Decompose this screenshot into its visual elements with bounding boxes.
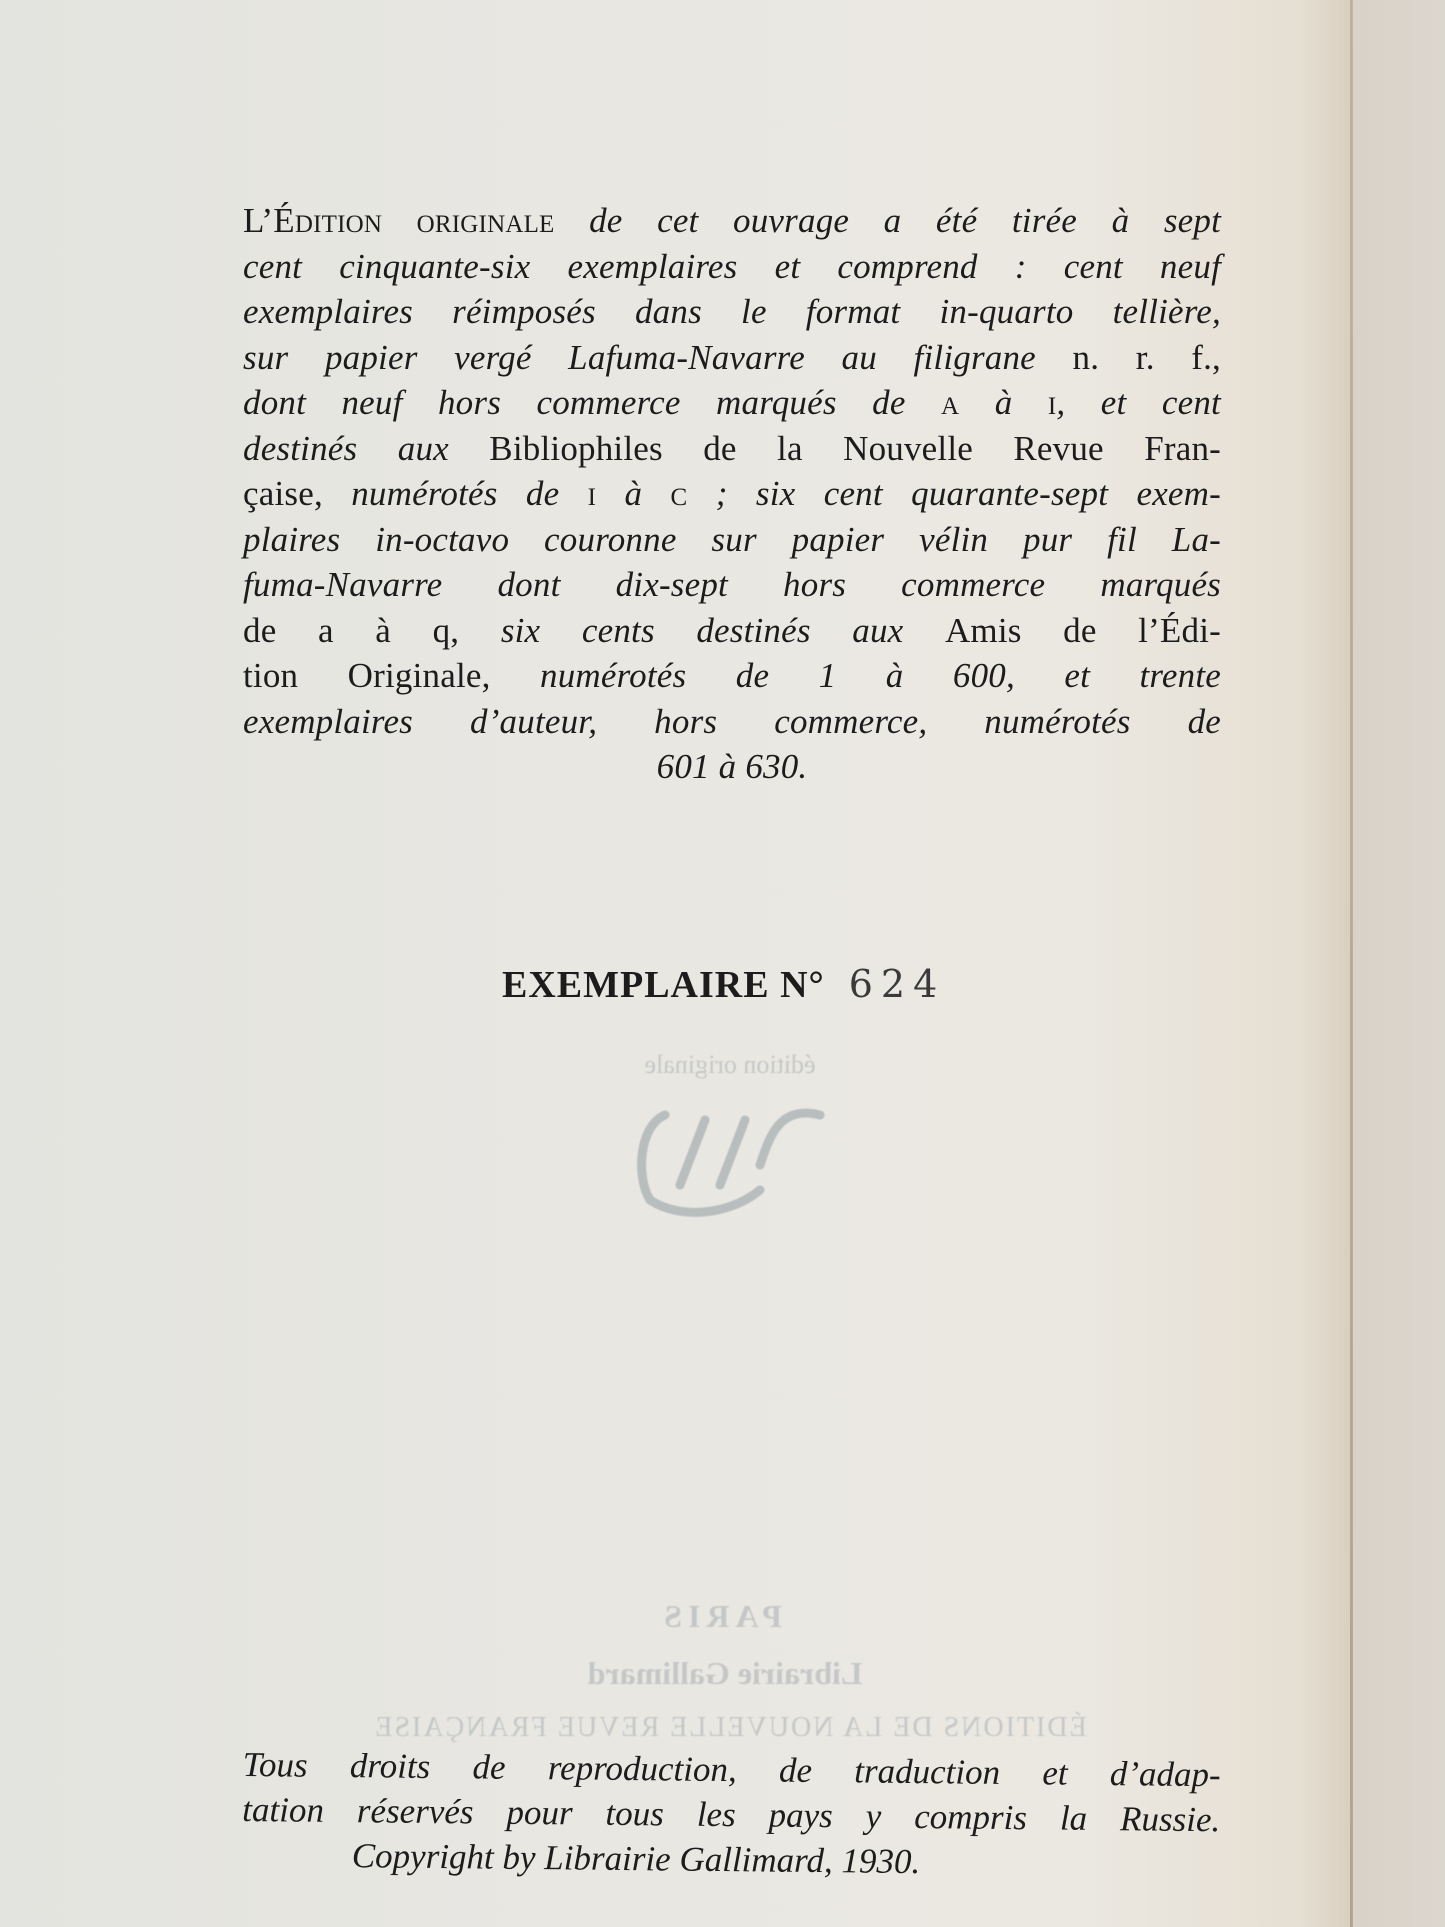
text-run: cent cinquante-six exemplaires et compre… <box>243 247 1221 286</box>
text-run: six cents destinés aux <box>501 611 945 650</box>
text-run: sur papier vergé Lafuma-Navarre au filig… <box>243 338 1073 377</box>
colophon-line: exemplaires d’auteur, hors commerce, num… <box>243 699 1221 745</box>
text-run: à <box>959 383 1048 422</box>
text-run: dont neuf hors commerce marqués de <box>243 383 941 422</box>
colophon-line: plaires in-octavo couronne sur papier vé… <box>243 517 1221 563</box>
text-run: , et cent <box>1056 383 1221 422</box>
text-run: numérotés de 1 à 600, et trente <box>540 656 1221 695</box>
text-run: de cet ouvrage a été tirée à sept <box>555 201 1221 240</box>
copy-number-line: EXEMPLAIRE N°624 <box>502 962 945 1007</box>
colophon-line: cent cinquante-six exemplaires et compre… <box>243 244 1221 290</box>
text-run: L’É <box>243 201 295 240</box>
text-run: de a à q, <box>243 611 501 650</box>
text-run: çaise, <box>243 474 351 513</box>
colophon-line: çaise, numérotés de i à c ; six cent qua… <box>243 471 1221 517</box>
bleed-publisher: Librairie Gallimard <box>530 1655 920 1692</box>
text-run: c <box>671 474 688 513</box>
text-run: destinés aux <box>243 429 489 468</box>
bleed-imprint: ÉDITIONS DE LA NOUVELLE REVUE FRANÇAISE <box>300 1712 1160 1744</box>
colophon-line: L’Édition originale de cet ouvrage a été… <box>243 198 1221 244</box>
text-run: i <box>588 474 597 513</box>
text-run: Bibliophiles de la Nouvelle Revue Fran- <box>489 429 1221 468</box>
text-run: ; six cent quarante-sept exem- <box>687 474 1221 513</box>
colophon-line: destinés aux Bibliophiles de la Nouvelle… <box>243 426 1221 472</box>
text-run: 601 à 630. <box>657 747 808 786</box>
adjacent-page <box>1353 0 1445 1927</box>
bleed-city: PARIS <box>600 1598 840 1635</box>
colophon-line: exemplaires réimposés dans le format in-… <box>243 289 1221 335</box>
colophon-line: 601 à 630. <box>243 744 1221 790</box>
text-run: exemplaires d’auteur, hors commerce, num… <box>243 702 1221 741</box>
text-run: fuma-Navarre dont dix-sept hors commerce… <box>243 565 1221 604</box>
text-run: n. r. f., <box>1073 338 1222 377</box>
text-run: Amis de l’Édi- <box>945 611 1221 650</box>
copyright-notice: Tous droits de reproduction, de traducti… <box>242 1742 1221 1887</box>
text-run: tion Originale, <box>243 656 540 695</box>
copy-number-value: 624 <box>849 962 946 1006</box>
colophon-line: tion Originale, numérotés de 1 à 600, et… <box>243 653 1221 699</box>
text-run: exemplaires réimposés dans le format in-… <box>243 292 1221 331</box>
bleed-edition-label: édition originale <box>560 1050 900 1080</box>
nrf-logo-icon <box>600 1095 840 1220</box>
text-run: plaires in-octavo couronne sur papier vé… <box>243 520 1221 559</box>
copy-number-label: EXEMPLAIRE N° <box>502 964 825 1006</box>
colophon-line: dont neuf hors commerce marqués de a à i… <box>243 380 1221 426</box>
text-run: numérotés de <box>351 474 587 513</box>
colophon-line: sur papier vergé Lafuma-Navarre au filig… <box>243 335 1221 381</box>
colophon-line: fuma-Navarre dont dix-sept hors commerce… <box>243 562 1221 608</box>
text-run: a <box>941 383 959 422</box>
colophon-line: de a à q, six cents destinés aux Amis de… <box>243 608 1221 654</box>
limitation-statement: L’Édition originale de cet ouvrage a été… <box>243 198 1221 790</box>
text-run: à <box>596 474 670 513</box>
text-run: dition originale <box>295 201 555 240</box>
